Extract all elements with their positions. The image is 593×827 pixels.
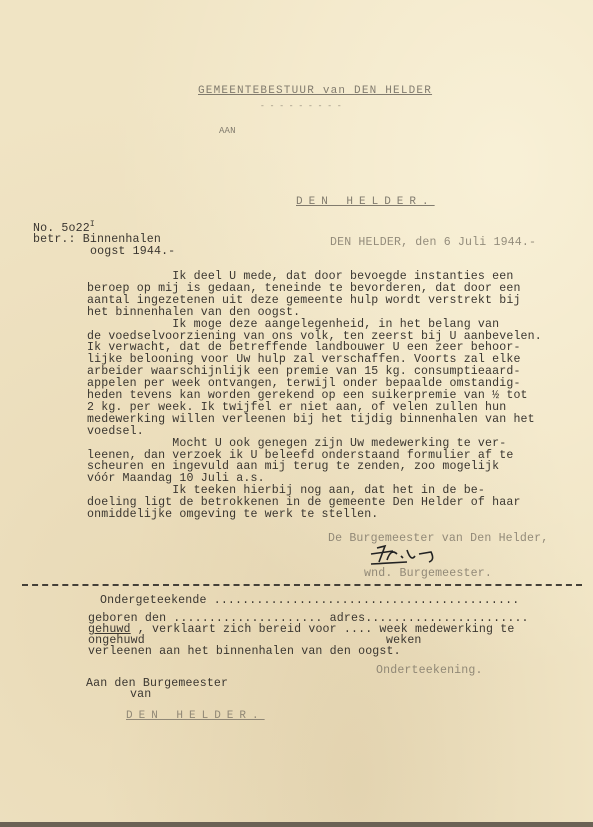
signature-scribble — [367, 540, 447, 568]
letterhead-rule: - - - - - - - - - — [260, 100, 342, 113]
scan-edge — [0, 822, 593, 827]
body-line: medewerking willen verleenen bij het tij… — [87, 413, 535, 426]
letterhead-sender: GEMEENTEBESTUUR van DEN HELDER — [198, 85, 432, 98]
reference-subject-line2: oogst 1944.- — [90, 245, 175, 258]
subject-label: betr.: — [33, 233, 76, 246]
form-signature-label: Onderteekening. — [376, 664, 483, 677]
tear-off-line — [22, 584, 582, 586]
letterhead-recipient-place: DEN HELDER. — [296, 196, 435, 209]
form-address-place: DEN HELDER. — [126, 710, 265, 723]
form-declares: , verklaart zich bereid voor .... week m… — [131, 623, 515, 636]
letterhead-to-label: AAN — [219, 125, 236, 138]
form-lend: verleenen aan het binnenhalen van den oo… — [88, 645, 401, 658]
reference-number-suffix: I — [90, 220, 95, 229]
form-declaration: gehuwd , verklaart zich bereid voor ....… — [88, 623, 514, 636]
form-address-van: van — [130, 688, 151, 701]
dateline: DEN HELDER, den 6 Juli 1944.- — [330, 236, 536, 249]
form-undersigned: Ondergeteekende ........................… — [100, 594, 519, 607]
form-address-to: Aan den Burgemeester — [86, 677, 228, 690]
closing-signatory: wnd. Burgemeester. — [364, 567, 492, 580]
body-line: onmiddelijke omgeving te werk te stellen… — [87, 508, 378, 521]
